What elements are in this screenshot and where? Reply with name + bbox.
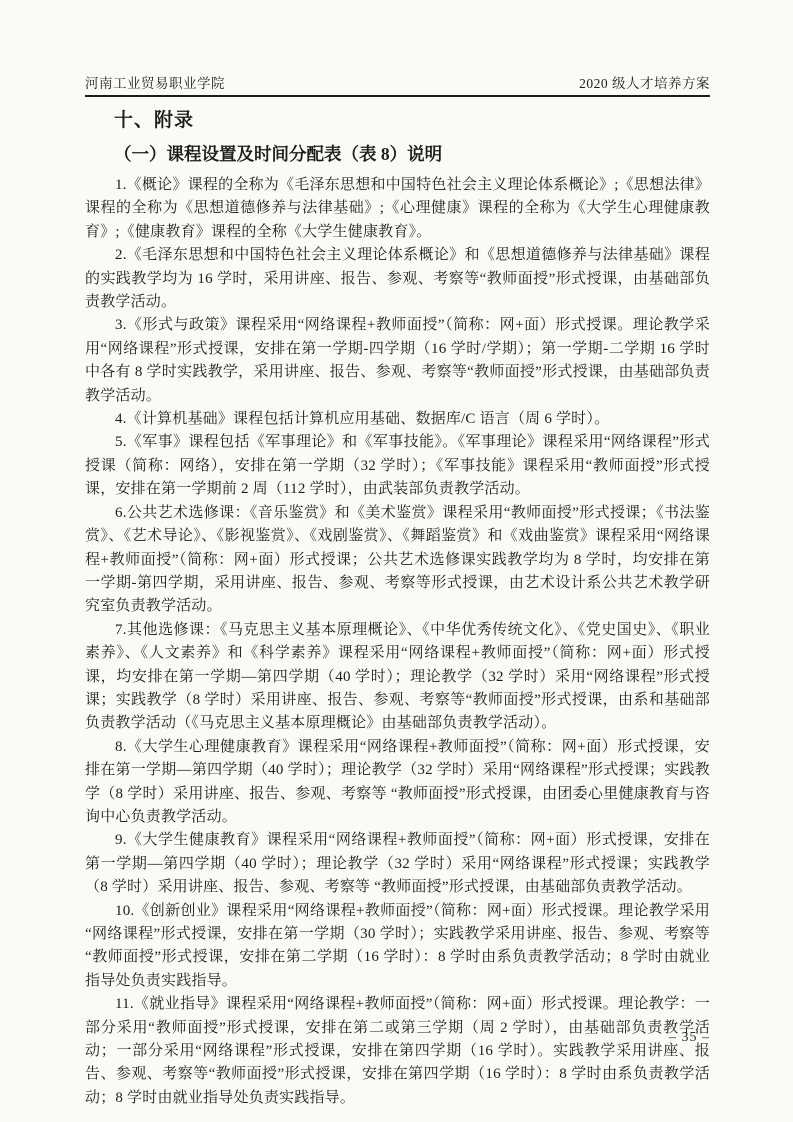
header-plan-title: 2020 级人才培养方案 — [579, 75, 710, 92]
paragraph-3: 3.《形式与政策》课程采用“网络课程+教师面授”（简称：网+面）形式授课。理论教… — [85, 314, 710, 408]
header-school-name: 河南工业贸易职业学院 — [85, 75, 225, 92]
paragraph-5: 5.《军事》课程包括《军事理论》和《军事技能》。《军事理论》课程采用“网络课程”… — [85, 431, 710, 501]
page-number: – 35 – — [85, 1030, 710, 1046]
paragraph-1: 1.《概论》课程的全称为《毛泽东思想和中国特色社会主义理论体系概论》;《思想法律… — [85, 174, 710, 244]
paragraph-6: 6.公共艺术选修课：《音乐鉴赏》和《美术鉴赏》课程采用“教师面授”形式授课；《书… — [85, 502, 710, 619]
paragraph-11: 11.《就业指导》课程采用“网络课程+教师面授”（简称：网+面）形式授课。理论教… — [85, 993, 710, 1110]
paragraphs-container: 1.《概论》课程的全称为《毛泽东思想和中国特色社会主义理论体系概论》;《思想法律… — [85, 174, 710, 1110]
paragraph-2: 2.《毛泽东思想和中国特色社会主义理论体系概论》和《思想道德修养与法律基础》课程… — [85, 244, 710, 314]
paragraph-4: 4.《计算机基础》课程包括计算机应用基础、数据库/C 语言（周 6 学时）。 — [85, 408, 710, 431]
paragraph-8: 8.《大学生心理健康教育》课程采用“网络课程+教师面授”（简称：网+面）形式授课… — [85, 736, 710, 830]
subsection-heading: （一）课程设置及时间分配表（表 8）说明 — [85, 142, 710, 166]
document-page: 河南工业贸易职业学院 2020 级人才培养方案 十、附录 （一）课程设置及时间分… — [0, 0, 793, 1122]
paragraph-7: 7.其他选修课：《马克思主义基本原理概论》、《中华优秀传统文化》、《党史国史》、… — [85, 619, 710, 736]
paragraph-9: 9.《大学生健康教育》课程采用“网络课程+教师面授”（简称：网+面）形式授课，安… — [85, 829, 710, 899]
section-heading: 十、附录 — [85, 108, 710, 133]
header-divider — [85, 95, 710, 97]
paragraph-10: 10.《创新创业》课程采用“网络课程+教师面授”（简称：网+面）形式授课。理论教… — [85, 900, 710, 994]
page-content: 河南工业贸易职业学院 2020 级人才培养方案 十、附录 （一）课程设置及时间分… — [85, 0, 710, 1110]
page-header: 河南工业贸易职业学院 2020 级人才培养方案 — [85, 0, 710, 92]
